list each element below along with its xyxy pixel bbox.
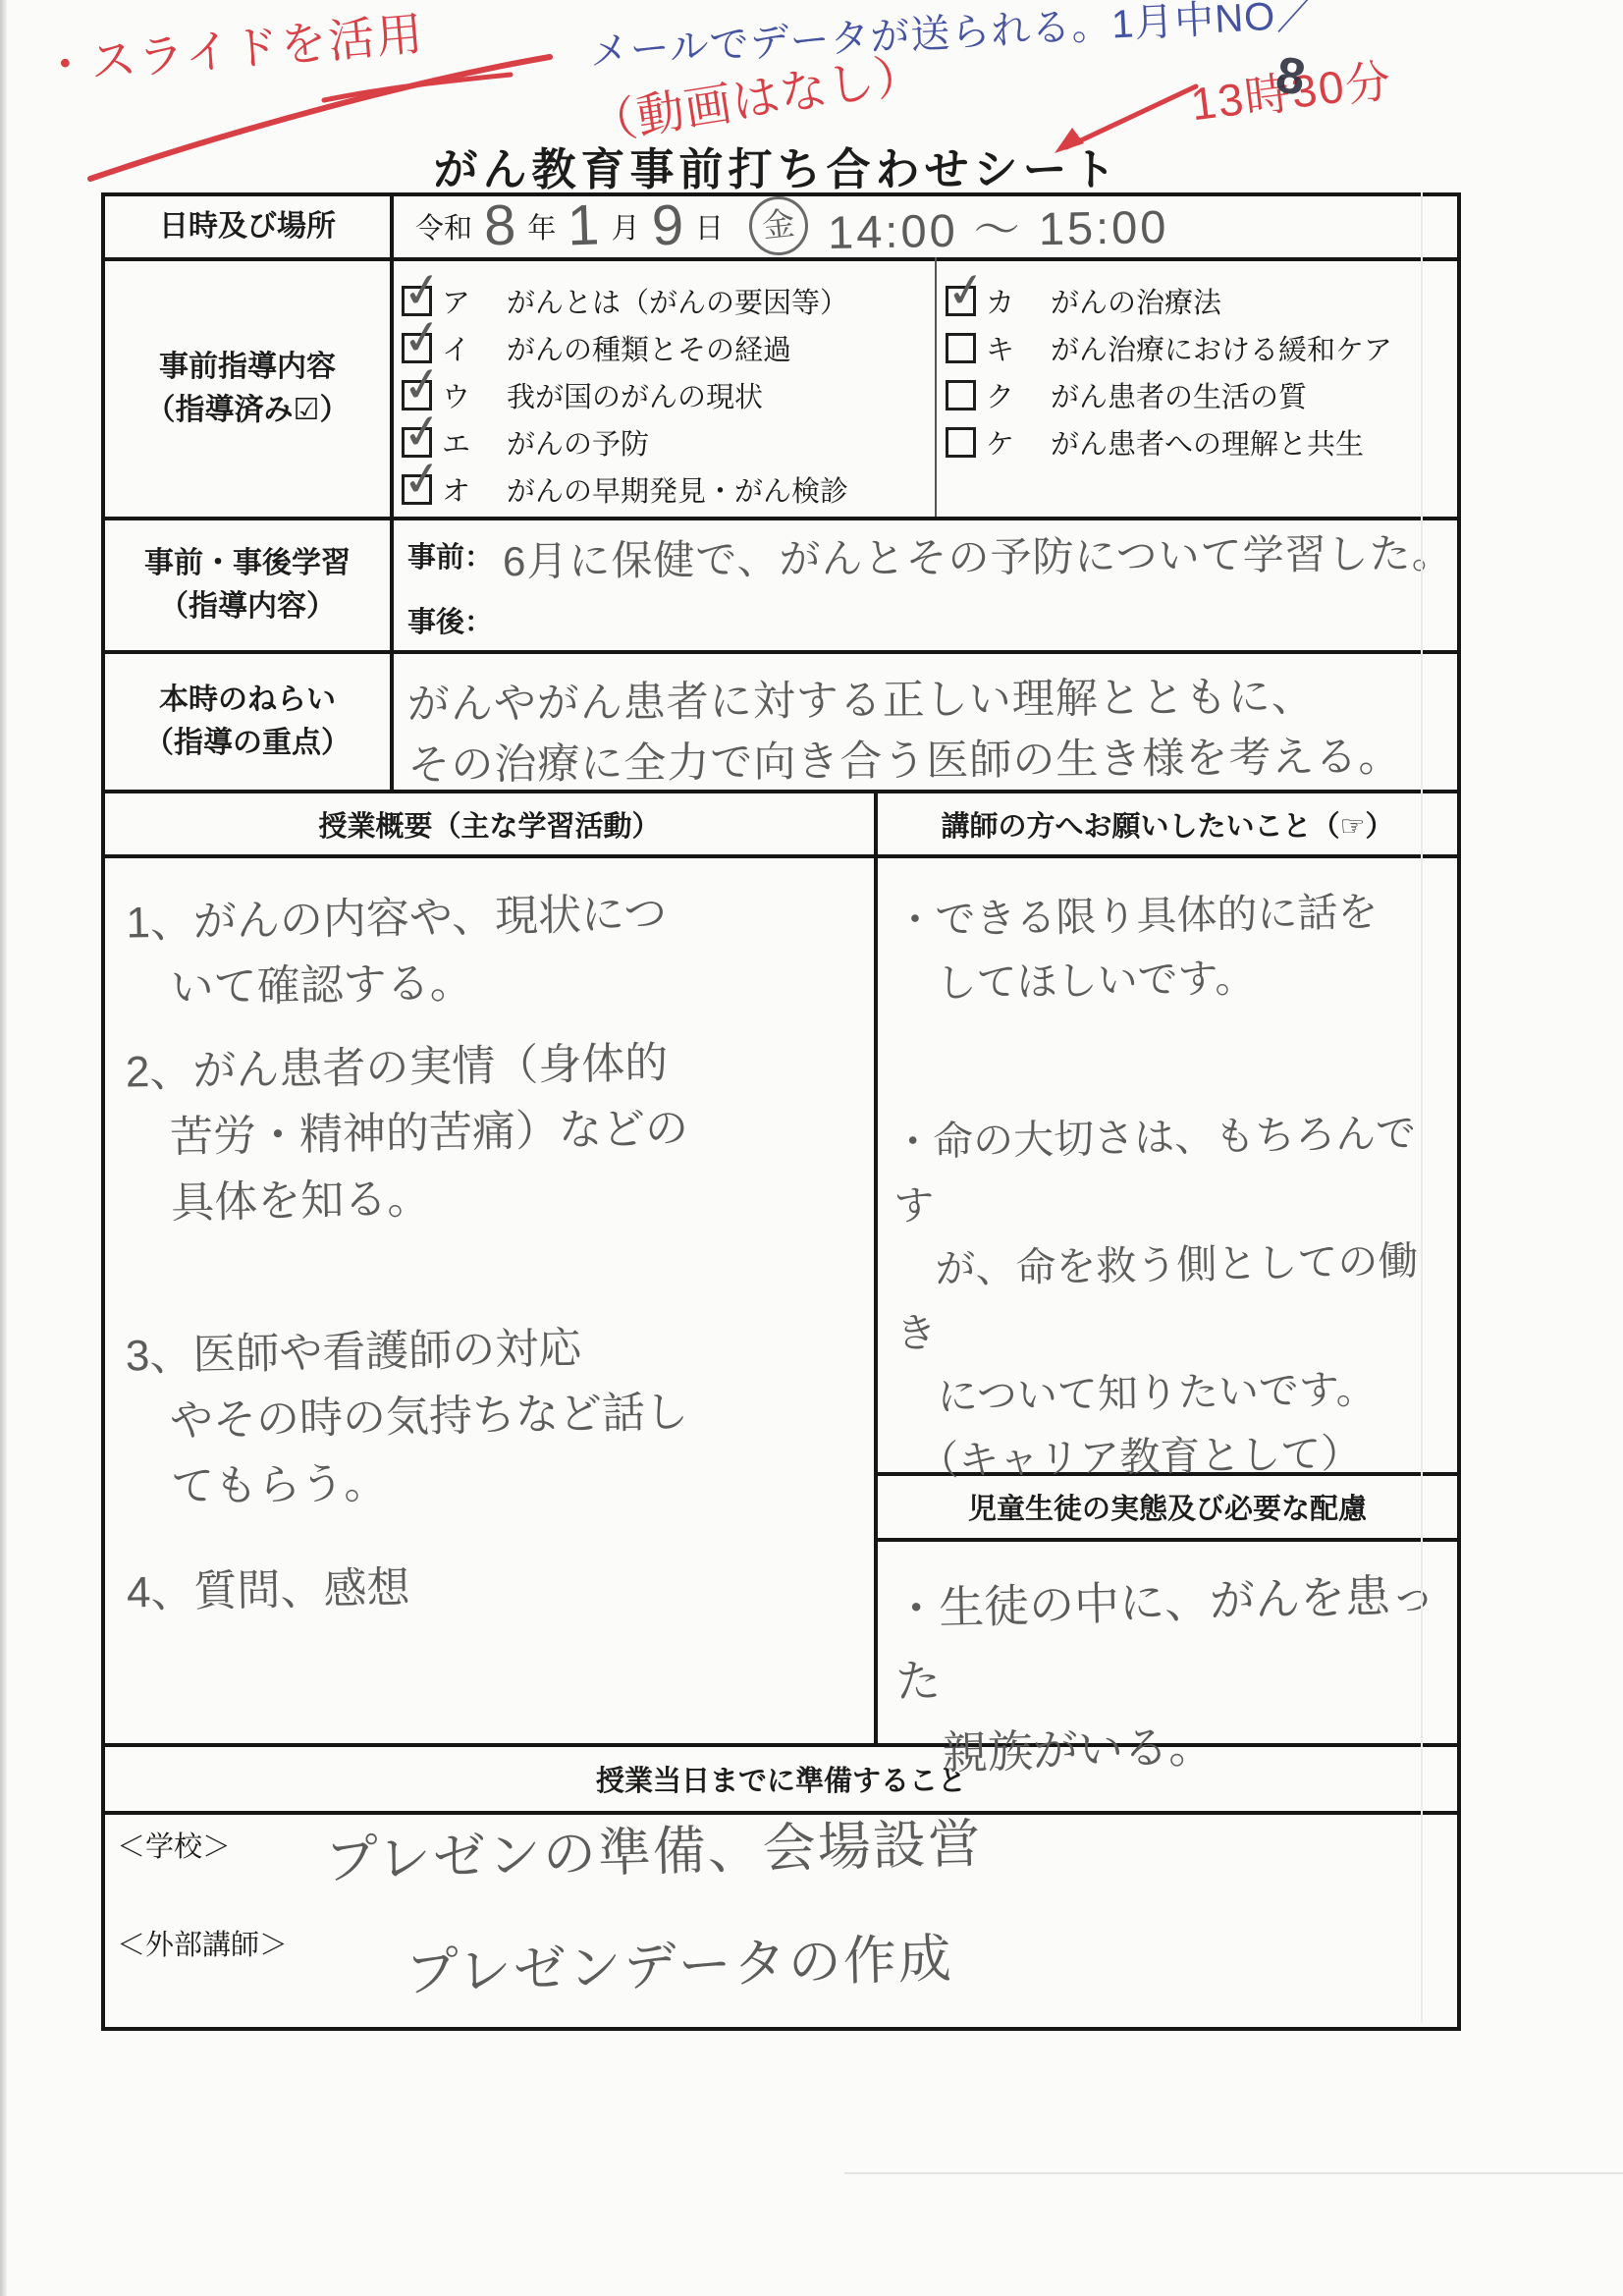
time-range: 14:00 ～ 15:00: [827, 190, 1168, 261]
item-letter: エ: [442, 422, 483, 463]
checklist-item: ク がん患者の生活の質: [946, 371, 1456, 418]
checklist-column-divider: [935, 257, 937, 517]
requests-header: 講師の方へお願いしたいこと（☞）: [878, 793, 1457, 854]
checklist-item: カ がんの治療法: [946, 277, 1456, 324]
datetime-value: 令和 8 年 1 月 9 日 金 14:00 ～ 15:00: [394, 189, 1457, 263]
checklist-item: オ がんの早期発見・がん検診: [402, 465, 932, 513]
checklist-left: ア がんとは（がんの要因等） イ がんの種類とその経過 ウ 我が国のがんの現状 …: [402, 261, 932, 517]
label-text-line1: 本時のねらい: [159, 679, 336, 722]
pre-study-label: 事前：: [407, 532, 493, 583]
considerations-header-text: 児童生徒の実態及び必要な配慮: [968, 1487, 1367, 1527]
checklist-item: エ がんの予防: [402, 418, 932, 465]
item-text: がんの治療法: [1051, 281, 1221, 321]
checklist-right: カ がんの治療法 キ がん治療における緩和ケア ク がん患者の生活の質 ケ がん…: [946, 261, 1456, 517]
post-study-line: 事後：: [407, 597, 1457, 648]
preparation-header-text: 授業当日までに準備すること: [596, 1759, 966, 1799]
item-letter: カ: [986, 281, 1027, 321]
item-text: 我が国のがんの現状: [507, 375, 763, 415]
request-item: ・できる限り具体的に話を してほしいです。: [894, 879, 1452, 1016]
item-text: がん治療における緩和ケア: [1051, 328, 1392, 368]
pre-study-value: 6月に保健で、がんとその予防について学習した。: [503, 528, 1454, 587]
label-text: 日時及び場所: [159, 205, 336, 248]
checklist-item: ア がんとは（がんの要因等）: [402, 277, 932, 324]
overview-item: 4、質問、感想: [126, 1547, 864, 1625]
label-text-line2: （指導済み☑）: [146, 389, 350, 432]
label-text-line1: 事前指導内容: [159, 346, 336, 389]
label-prepost: 事前・事後学習 （指導内容）: [105, 520, 390, 650]
post-study-label: 事後：: [407, 597, 493, 648]
item-letter: イ: [442, 328, 483, 368]
day-value: 9: [651, 196, 684, 254]
item-letter: キ: [986, 328, 1027, 368]
scanned-form-page: ・スライドを活用 メールでデータが送られる。1月中NO／ （動画はなし） 13時…: [0, 0, 1623, 2296]
checkbox-unchecked-icon: [946, 380, 976, 410]
item-letter: オ: [442, 469, 483, 510]
year-unit: 年: [527, 206, 556, 246]
label-preinstruction: 事前指導内容 （指導済み☑）: [105, 261, 390, 517]
preparation-school-row: ＜学校＞ プレゼンの準備、会場設営: [117, 1825, 1457, 1882]
item-text: がんの種類とその経過: [507, 328, 791, 368]
label-text-line2: （指導の重点）: [144, 722, 351, 765]
school-value: プレゼンの準備、会場設営: [324, 1814, 983, 1890]
label-datetime: 日時及び場所: [105, 196, 390, 257]
scan-line-artifact: [844, 2172, 1623, 2174]
overview-header-text: 授業概要（主な学習活動）: [318, 804, 660, 845]
considerations-body: ・生徒の中に、がんを患った 親族がいる。: [878, 1542, 1457, 1743]
checkbox-checked-icon: [402, 474, 432, 505]
checklist-item: キ がん治療における緩和ケア: [946, 324, 1456, 371]
form-table: 日時及び場所 令和 8 年 1 月 9 日 金 14:00 ～ 15:00 事前…: [101, 192, 1461, 2031]
annotation-mail-note: メールでデータが送られる。1月中NO／: [588, 0, 1317, 77]
preparation-external-row: ＜外部講師＞ プレゼンデータの作成: [117, 1923, 1457, 1995]
external-lecturer-label: ＜外部講師＞: [117, 1923, 288, 1968]
weekday-circled: 金: [746, 193, 811, 258]
item-text: がんの予防: [507, 422, 649, 463]
checklist-item: イ がんの種類とその経過: [402, 324, 932, 371]
item-letter: ア: [442, 281, 483, 321]
checkbox-unchecked-icon: [946, 333, 976, 363]
aim-value-cell: がんやがん患者に対する正しい理解とともに、 その治療に全力で向き合う医師の生き様…: [394, 654, 1457, 790]
preparation-header: 授業当日までに準備すること: [105, 1747, 1457, 1811]
overview-item: 2、がん患者の実情（身体的 苦労・精神的苦痛）などの 具体を知る。: [125, 1026, 865, 1236]
request-item: ・命の大切さは、もちろんです が、命を救う側としての働き について知りたいです。…: [893, 1101, 1455, 1494]
pre-study-line: 事前： 6月に保健で、がんとその予防について学習した。: [407, 532, 1457, 583]
checkbox-unchecked-icon: [946, 427, 976, 458]
overview-item: 3、医師や看護師の対応 やその時の気持ちなど話し てもらう。: [125, 1310, 865, 1520]
era-label: 令和: [415, 206, 472, 246]
month-value: 1: [567, 196, 600, 254]
item-text: がん患者への理解と共生: [1051, 422, 1364, 463]
checkbox-checked-icon: [946, 286, 976, 316]
requests-header-text: 講師の方へお願いしたいこと（☞）: [942, 804, 1394, 845]
day-unit: 日: [695, 206, 724, 246]
overview-body: 1、がんの内容や、現状につ いて確認する。 2、がん患者の実情（身体的 苦労・精…: [105, 858, 874, 1743]
prepost-value: 事前： 6月に保健で、がんとその予防について学習した。 事後：: [394, 520, 1457, 650]
overview-item: 1、がんの内容や、現状につ いて確認する。: [126, 877, 865, 1021]
label-text-line1: 事前・事後学習: [144, 542, 351, 585]
item-letter: ク: [986, 375, 1027, 415]
considerations-header: 児童生徒の実態及び必要な配慮: [878, 1476, 1457, 1538]
item-letter: ウ: [442, 375, 483, 415]
checklist-item: ケ がん患者への理解と共生: [946, 418, 1456, 465]
year-value: 8: [483, 196, 516, 254]
aim-value: がんやがん患者に対する正しい理解とともに、 その治療に全力で向き合う医師の生き様…: [393, 649, 1457, 795]
item-text: がんとは（がんの要因等）: [507, 281, 848, 321]
overview-header: 授業概要（主な学習活動）: [105, 793, 874, 854]
item-text: がんの早期発見・がん検診: [507, 469, 848, 510]
scan-edge-artifact: [0, 0, 7, 2296]
annotation-slide-note: ・スライドを活用: [39, 0, 427, 96]
item-text: がん患者の生活の質: [1051, 375, 1307, 415]
preparation-body: ＜学校＞ プレゼンの準備、会場設営 ＜外部講師＞ プレゼンデータの作成: [105, 1815, 1457, 2027]
checklist-item: ウ 我が国のがんの現状: [402, 371, 932, 418]
school-label: ＜学校＞: [117, 1825, 231, 1870]
item-letter: ケ: [986, 422, 1027, 463]
external-lecturer-value: プレゼンデータの作成: [405, 1930, 953, 2003]
label-text-line2: （指導内容）: [159, 585, 336, 629]
label-aim: 本時のねらい （指導の重点）: [105, 654, 390, 790]
month-unit: 月: [612, 206, 640, 246]
requests-body: ・できる限り具体的に話を してほしいです。 ・命の大切さは、もちろんです が、命…: [878, 858, 1457, 1472]
scan-fold-artifact: [1421, 192, 1423, 2023]
red-underline-short: [324, 75, 511, 100]
